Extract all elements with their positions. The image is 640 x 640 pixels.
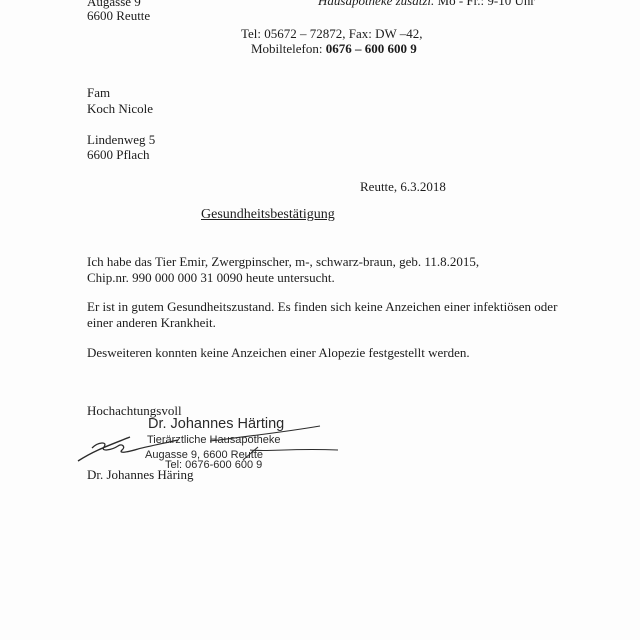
- stamp-name: Dr. Johannes Härting: [148, 417, 284, 432]
- body-paragraph-1-line-1: Ich habe das Tier Emir, Zwergpinscher, m…: [87, 255, 479, 268]
- phone-fax-line: Tel: 05672 – 72872, Fax: DW –42,: [241, 27, 423, 40]
- body-paragraph-2-line-2: einer anderen Krankheit.: [87, 316, 216, 329]
- office-hours-times: Mo - Fr.: 9-10 Uhr: [434, 0, 534, 8]
- office-hours: Hausapotheke zusätzl. Mo - Fr.: 9-10 Uhr: [318, 0, 535, 7]
- document-title: Gesundheitsbestätigung: [201, 208, 335, 222]
- recipient-street: Lindenweg 5: [87, 133, 155, 146]
- office-hours-label: Hausapotheke zusätzl.: [318, 0, 434, 8]
- signatory-name: Dr. Johannes Häring: [87, 468, 194, 481]
- mobile-number: 0676 – 600 600 9: [326, 41, 417, 56]
- body-paragraph-3: Desweiteren konnten keine Anzeichen eine…: [87, 346, 470, 359]
- body-paragraph-1-line-2: Chip.nr. 990 000 000 31 0090 heute unter…: [87, 271, 335, 284]
- mobile-line: Mobiltelefon: 0676 – 600 600 9: [251, 42, 417, 55]
- body-paragraph-2-line-1: Er ist in gutem Gesundheitszustand. Es f…: [87, 300, 557, 313]
- sender-street: Augasse 9: [87, 0, 141, 8]
- stamp-line-1: Tierärztliche Hausapotheke: [147, 435, 281, 446]
- recipient-name: Koch Nicole: [87, 102, 153, 115]
- sender-city: 6600 Reutte: [87, 9, 150, 22]
- place-date: Reutte, 6.3.2018: [360, 180, 446, 193]
- mobile-label: Mobiltelefon:: [251, 41, 326, 56]
- recipient-city: 6600 Pflach: [87, 148, 149, 161]
- recipient-salutation: Fam: [87, 86, 110, 99]
